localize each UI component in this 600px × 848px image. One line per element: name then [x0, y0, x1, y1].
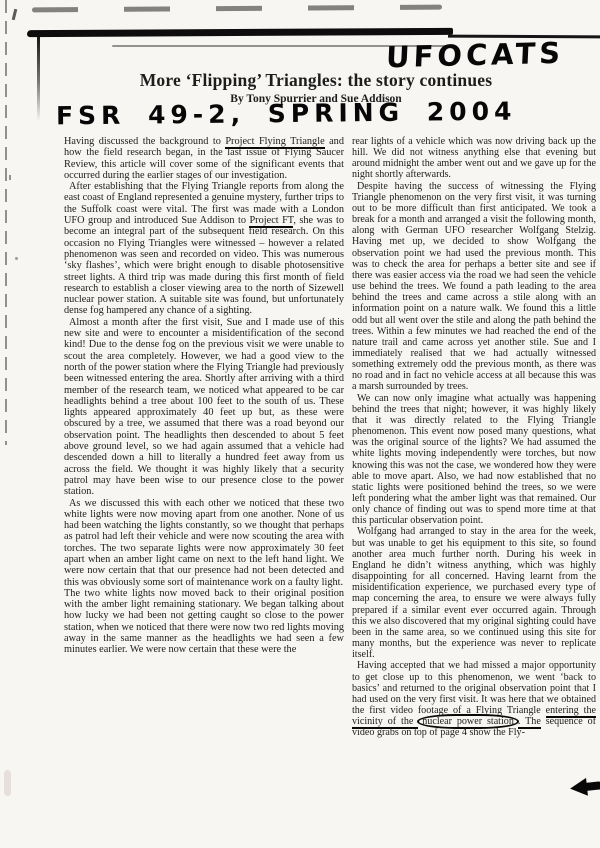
scan-speck — [15, 257, 18, 260]
article-paragraph: After establishing that the Flying Trian… — [64, 181, 344, 317]
article-paragraph: rear lights of a vehicle which was now d… — [352, 136, 596, 181]
article-paragraph: As we discussed this with each other we … — [64, 498, 344, 588]
handwritten-issue-note: FSR 49-2, SPRING 2004 — [56, 97, 517, 131]
scan-top-rule-heavy — [27, 28, 453, 37]
text-segment: rear lights of a vehicle which was now d… — [352, 136, 596, 180]
scan-speck — [12, 9, 18, 20]
text-segment: Having discussed the background to — [64, 136, 225, 147]
text-segment: Wolfgang had arranged to stay in the are… — [352, 526, 596, 660]
article-title: More ‘Flipping’ Triangles: the story con… — [40, 70, 592, 91]
text-segment: We can now only imagine what actually wa… — [352, 393, 596, 527]
article-paragraph: We can now only imagine what actually wa… — [352, 393, 596, 527]
scan-smudge — [32, 5, 442, 13]
article-paragraph: Having accepted that we had missed a maj… — [352, 660, 596, 738]
scan-speck — [4, 770, 11, 796]
article-paragraph: Wolfgang had arranged to stay in the are… — [352, 526, 596, 660]
scan-speck — [9, 175, 11, 180]
text-segment: The two white lights now moved back to t… — [64, 588, 344, 655]
handwritten-code: UFOCATS — [385, 36, 565, 75]
article-paragraph: Almost a month after the first visit, Su… — [64, 317, 344, 498]
scan-left-margin-line — [5, 0, 7, 445]
article-paragraph: Despite having the success of witnessing… — [352, 181, 596, 393]
text-segment: As we discussed this with each other we … — [64, 498, 344, 588]
hand-arrow-left-icon — [569, 775, 600, 798]
article-paragraph: The two white lights now moved back to t… — [64, 588, 344, 656]
text-segment: Almost a month after the first visit, Su… — [64, 317, 344, 497]
text-segment: , she was to become an integral part of … — [64, 215, 344, 316]
article-column-right: rear lights of a vehicle which was now d… — [352, 136, 596, 836]
scanned-article-page: UFOCATS More ‘Flipping’ Triangles: the s… — [0, 0, 600, 848]
arrow-tail — [583, 781, 600, 791]
article-column-left: Having discussed the background to Proje… — [64, 136, 344, 836]
text-segment: Despite having the success of witnessing… — [352, 181, 596, 393]
article-paragraph: Having discussed the background to Proje… — [64, 136, 344, 181]
